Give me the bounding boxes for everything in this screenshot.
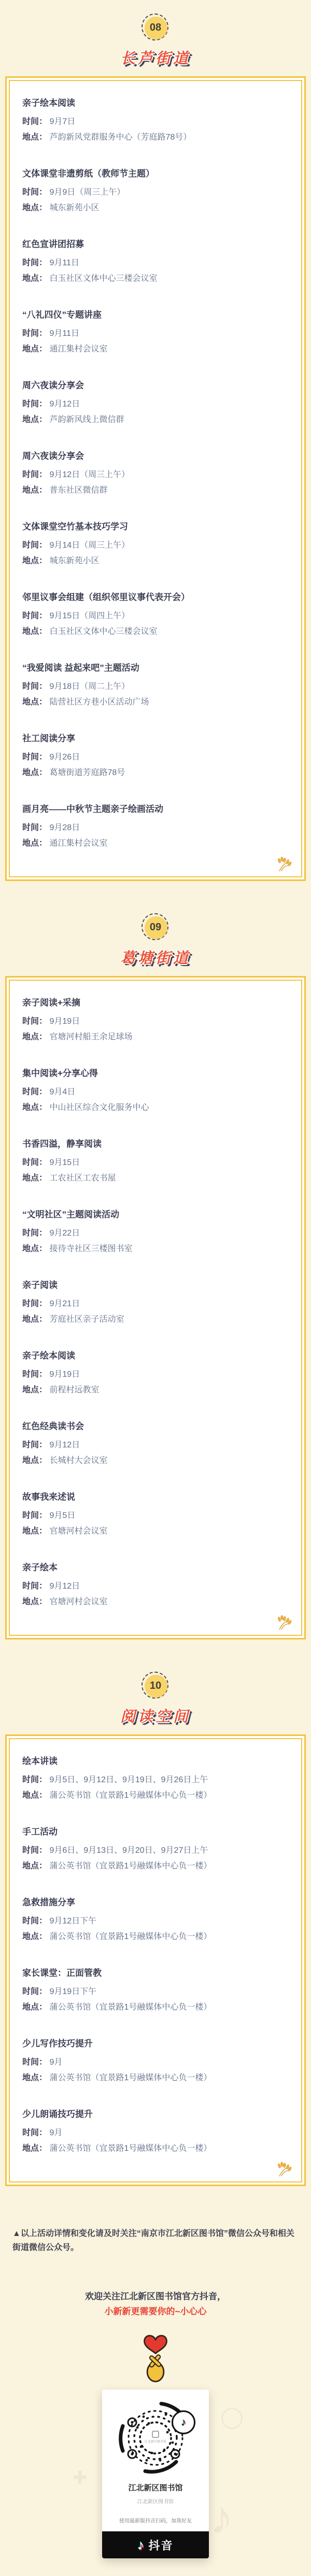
douyin-brand-bar: ♪♪♪ 抖音 <box>102 2531 209 2558</box>
place-label: 地点： <box>22 2073 47 2082</box>
event-time: 9月19日下午 <box>49 1987 96 1996</box>
event-place: 芳庭社区亲子活动室 <box>49 1315 124 1324</box>
event-place-row: 地点： 通江集村会议室 <box>22 836 289 851</box>
event-item: 邻里议事会组建（组织邻里议事代表开会） 时间： 9月15日（周四上午） 地点： … <box>22 591 289 640</box>
event-time: 9月14日（周三上午） <box>49 541 130 550</box>
place-label: 地点： <box>22 486 47 495</box>
event-item: 绘本讲读 时间： 9月5日、9月12日、9月19日、9月26日上午 地点： 蒲公… <box>22 1755 289 1804</box>
place-label: 地点： <box>22 1527 47 1536</box>
event-title: 手工活动 <box>22 1825 289 1839</box>
place-label: 地点： <box>22 557 47 565</box>
event-title: “我爱阅读 益起来吧”主题活动 <box>22 661 289 675</box>
event-place: 蒲公英书馆（宜景路1号融媒体中心负一楼） <box>49 2144 211 2153</box>
event-place-row: 地点： 官塘河村船王余足球场 <box>22 1029 289 1045</box>
event-item: 少儿朗诵技巧提升 时间： 9月 地点： 蒲公英书馆（宜景路1号融媒体中心负一楼） <box>22 2108 289 2157</box>
time-label: 时间： <box>22 470 47 479</box>
place-label: 地点： <box>22 2003 47 2012</box>
event-title: 文体课堂非遗剪纸（教师节主题） <box>22 167 289 181</box>
place-label: 地点： <box>22 1932 47 1941</box>
time-label: 时间： <box>22 541 47 550</box>
event-item: 故事我来述说 时间： 9月5日 地点： 官塘河村会议室 <box>22 1490 289 1539</box>
time-label: 时间： <box>22 682 47 691</box>
event-item: “八礼四仪”专题讲座 时间： 9月11日 地点： 通江集村会议室 <box>22 308 289 357</box>
event-title: 书香四溢，静享阅读 <box>22 1137 289 1151</box>
time-label: 时间： <box>22 1582 47 1591</box>
event-place: 蒲公英书馆（宜景路1号融媒体中心负一楼） <box>49 2003 211 2012</box>
event-item: 亲子阅读 时间： 9月21日 地点： 芳庭社区亲子活动室 <box>22 1279 289 1327</box>
event-place-row: 地点： 城东新苑小区 <box>22 200 289 216</box>
event-place: 蒲公英书馆（宜景路1号融媒体中心负一楼） <box>49 2073 211 2082</box>
event-item: 集中阅读+分享心得 时间： 9月4日 地点： 中山社区综合文化服务中心 <box>22 1067 289 1116</box>
event-title: 红色经典读书会 <box>22 1420 289 1433</box>
event-place-row: 地点： 蒲公英书馆（宜景路1号融媒体中心负一楼） <box>22 2070 289 2086</box>
place-label: 地点： <box>22 415 47 424</box>
place-label: 地点： <box>22 1862 47 1870</box>
event-title: 绘本讲读 <box>22 1755 289 1768</box>
qr-scan-hint: 使用最新版抖音扫码，加我好友 <box>107 2516 204 2524</box>
section-number-badge: 10 <box>144 1674 167 1698</box>
event-place: 蒲公英书馆（宜景路1号融媒体中心负一楼） <box>49 1791 211 1800</box>
event-place: 陆营社区方巷小区活动广场 <box>49 698 149 707</box>
time-label: 时间： <box>22 612 47 620</box>
event-title: 少儿写作技巧提升 <box>22 2037 289 2051</box>
event-title: 亲子阅读 <box>22 1279 289 1292</box>
event-time: 9月6日、9月13日、9月20日、9月27日上午 <box>49 1846 208 1855</box>
douyin-note-badge: ♪♪♪ <box>172 2410 195 2434</box>
event-time-row: 时间： 9月4日 <box>22 1084 289 1100</box>
event-time: 9月9日（周三上午） <box>49 188 125 197</box>
event-time-row: 时间： 9月7日 <box>22 114 289 130</box>
event-place-row: 地点： 蒲公英书馆（宜景路1号融媒体中心负一楼） <box>22 1929 289 1945</box>
wheat-icon <box>275 856 294 872</box>
event-place-row: 地点： 前程村远教室 <box>22 1382 289 1398</box>
disclaimer-text: ▲以上活动详情和变化请及时关注“南京市江北新区图书馆”微信公众号和相关街道微信公… <box>12 2227 299 2255</box>
place-label: 地点： <box>22 1315 47 1324</box>
event-place: 长城村大会议室 <box>49 1456 107 1465</box>
event-item: 家长课堂：正面管教 时间： 9月19日下午 地点： 蒲公英书馆（宜景路1号融媒体… <box>22 1967 289 2015</box>
event-title: 亲子绘本 <box>22 1561 289 1575</box>
event-time: 9月15日（周四上午） <box>49 612 130 620</box>
douyin-account-name: 江北新区图书馆 <box>107 2482 204 2493</box>
event-title: “文明社区”主题阅读活动 <box>22 1208 289 1222</box>
place-label: 地点： <box>22 1597 47 1606</box>
event-place-row: 地点： 陆营社区方巷小区活动广场 <box>22 695 289 710</box>
event-place-row: 地点： 长城村大会议室 <box>22 1453 289 1469</box>
douyin-note-icon: ♪♪♪ <box>181 2417 186 2428</box>
event-item: 亲子绘本 时间： 9月12日 地点： 官塘河村会议室 <box>22 1561 289 1610</box>
event-place-row: 地点： 工农社区工农书屋 <box>22 1171 289 1186</box>
event-time: 9月12日 <box>49 400 80 409</box>
event-time: 9月 <box>49 2058 62 2067</box>
place-label: 地点： <box>22 274 47 283</box>
street-section: 08 长芦街道 亲子绘本阅读 时间： 9月7日 地点： 芦韵新风党群服务中心（芳… <box>0 12 311 908</box>
event-place-row: 地点： 葛塘街道芳庭路78号 <box>22 765 289 781</box>
event-time-row: 时间： 9月12日 <box>22 1579 289 1594</box>
event-time-row: 时间： 9月12日 <box>22 397 289 412</box>
event-time-row: 时间： 9月18日（周二上午） <box>22 679 289 695</box>
event-item: 红色经典读书会 时间： 9月12日 地点： 长城村大会议室 <box>22 1420 289 1469</box>
event-place: 接待寺社区三楼图书室 <box>49 1244 132 1253</box>
place-label: 地点： <box>22 204 47 212</box>
douyin-qr-zone: ♪ ◯ ✚ <box>0 2390 311 2576</box>
event-title: 亲子绘本阅读 <box>22 1349 289 1363</box>
event-time: 9月5日、9月12日、9月19日、9月26日上午 <box>49 1775 208 1784</box>
event-item: “文明社区”主题阅读活动 时间： 9月22日 地点： 接待寺社区三楼图书室 <box>22 1208 289 1257</box>
douyin-invite-block: 欢迎关注江北新区图书馆官方抖音， 小新新更需要你的~小心心 <box>0 2289 311 2384</box>
time-label: 时间： <box>22 259 47 267</box>
wheat-icon <box>275 2161 294 2177</box>
events-card: 亲子阅读+采摘 时间： 9月19日 地点： 官塘河村船王余足球场 集中阅读+分享… <box>5 976 306 1639</box>
event-time-row: 时间： 9月 <box>22 2055 289 2070</box>
place-label: 地点： <box>22 698 47 707</box>
event-place-row: 地点： 官塘河村会议室 <box>22 1524 289 1539</box>
watermark-circle-icon: ◯ <box>220 2405 244 2429</box>
event-item: 亲子绘本阅读 时间： 9月19日 地点： 前程村远教室 <box>22 1349 289 1398</box>
time-label: 时间： <box>22 1088 47 1096</box>
time-label: 时间： <box>22 753 47 762</box>
event-item: 文体课堂非遗剪纸（教师节主题） 时间： 9月9日（周三上午） 地点： 城东新苑小… <box>22 167 289 216</box>
event-title: 邻里议事会组建（组织邻里议事代表开会） <box>22 591 289 604</box>
douyin-account-id: 江北新区图书馆 <box>107 2497 204 2505</box>
section-header: 10 阅读空间 <box>0 1671 311 1734</box>
time-label: 时间： <box>22 1917 47 1926</box>
event-place-row: 地点： 城东新苑小区 <box>22 553 289 569</box>
time-label: 时间： <box>22 1775 47 1784</box>
qr-card-top: 江北新区图书馆 ♪♪♪ 江北新区图书馆 江北新区图书馆 使用最新版抖音扫码，加我… <box>102 2390 209 2531</box>
douyin-brand-label: 抖音 <box>148 2537 173 2553</box>
event-time-row: 时间： 9月5日、9月12日、9月19日、9月26日上午 <box>22 1772 289 1788</box>
event-place-row: 地点： 芳庭社区亲子活动室 <box>22 1312 289 1327</box>
event-title: 故事我来述说 <box>22 1490 289 1504</box>
event-time-row: 时间： 9月19日 <box>22 1014 289 1029</box>
event-time: 9月12日 <box>49 1582 80 1591</box>
time-label: 时间： <box>22 1299 47 1308</box>
event-time-row: 时间： 9月15日 <box>22 1155 289 1171</box>
event-time: 9月11日 <box>49 259 79 267</box>
event-place: 葛塘街道芳庭路78号 <box>49 768 125 777</box>
event-time-row: 时间： 9月21日 <box>22 1296 289 1312</box>
place-label: 地点： <box>22 1791 47 1800</box>
event-title: 亲子阅读+采摘 <box>22 996 289 1010</box>
event-time-row: 时间： 9月22日 <box>22 1226 289 1241</box>
event-place: 官塘河村会议室 <box>49 1527 107 1536</box>
event-title: 画月亮——中秋节主题亲子绘画活动 <box>22 803 289 816</box>
event-place: 蒲公英书馆（宜景路1号融媒体中心负一楼） <box>49 1862 211 1870</box>
event-place: 蒲公英书馆（宜景路1号融媒体中心负一楼） <box>49 1932 211 1941</box>
event-time: 9月7日 <box>49 117 75 126</box>
street-section: 09 葛塘街道 亲子阅读+采摘 时间： 9月19日 地点： 官塘河村船王余足球场… <box>0 912 311 1666</box>
event-time: 9月21日 <box>49 1299 80 1308</box>
event-place: 白玉社区文体中心三楼会议室 <box>49 274 157 283</box>
event-title: 亲子绘本阅读 <box>22 97 289 110</box>
event-time-row: 时间： 9月11日 <box>22 255 289 271</box>
event-time: 9月 <box>49 2128 62 2137</box>
time-label: 时间： <box>22 1158 47 1167</box>
event-time-row: 时间： 9月6日、9月13日、9月20日、9月27日上午 <box>22 1843 289 1859</box>
douyin-invite-text: 欢迎关注江北新区图书馆官方抖音， <box>0 2289 311 2304</box>
event-time: 9月15日 <box>49 1158 80 1167</box>
event-time-row: 时间： 9月12日下午 <box>22 1914 289 1929</box>
place-label: 地点： <box>22 2144 47 2153</box>
event-item: 周六夜读分享会 时间： 9月12日 地点： 芦韵新风线上微信群 <box>22 379 289 428</box>
event-title: 急救措施分享 <box>22 1896 289 1909</box>
event-place-row: 地点： 芦韵新风党群服务中心（芳庭路78号） <box>22 130 289 145</box>
event-place-row: 地点： 中山社区综合文化服务中心 <box>22 1100 289 1116</box>
event-item: 急救措施分享 时间： 9月12日下午 地点： 蒲公英书馆（宜景路1号融媒体中心负… <box>22 1896 289 1945</box>
time-label: 时间： <box>22 2058 47 2067</box>
event-place: 通江集村会议室 <box>49 839 107 848</box>
time-label: 时间： <box>22 188 47 197</box>
place-label: 地点： <box>22 1456 47 1465</box>
event-place-row: 地点： 蒲公英书馆（宜景路1号融媒体中心负一楼） <box>22 2141 289 2157</box>
place-label: 地点： <box>22 1386 47 1394</box>
sections: 08 长芦街道 亲子绘本阅读 时间： 9月7日 地点： 芦韵新风党群服务中心（芳… <box>0 12 311 2213</box>
event-time-row: 时间： 9月28日 <box>22 820 289 836</box>
event-list: 绘本讲读 时间： 9月5日、9月12日、9月19日、9月26日上午 地点： 蒲公… <box>22 1755 289 2157</box>
event-time: 9月5日 <box>49 1511 75 1520</box>
section-number: 09 <box>144 915 167 939</box>
event-place-row: 地点： 白玉社区文体中心三楼会议室 <box>22 271 289 287</box>
event-item: 少儿写作技巧提升 时间： 9月 地点： 蒲公英书馆（宜景路1号融媒体中心负一楼） <box>22 2037 289 2086</box>
time-label: 时间： <box>22 1511 47 1520</box>
event-item: 手工活动 时间： 9月6日、9月13日、9月20日、9月27日上午 地点： 蒲公… <box>22 1825 289 1874</box>
section-header: 08 长芦街道 <box>0 12 311 76</box>
watermark-note-icon: ♪ <box>210 2491 233 2545</box>
event-place-row: 地点： 白玉社区文体中心三楼会议室 <box>22 624 289 640</box>
place-label: 地点： <box>22 133 47 142</box>
place-label: 地点： <box>22 839 47 848</box>
watermark-plus-icon: ✚ <box>73 2467 88 2488</box>
section-number-badge: 09 <box>144 915 167 939</box>
event-place: 前程村远教室 <box>49 1386 99 1394</box>
event-list: 亲子阅读+采摘 时间： 9月19日 地点： 官塘河村船王余足球场 集中阅读+分享… <box>22 996 289 1610</box>
time-label: 时间： <box>22 1017 47 1026</box>
event-item: 红色宣讲团招募 时间： 9月11日 地点： 白玉社区文体中心三楼会议室 <box>22 238 289 287</box>
event-place: 城东新苑小区 <box>49 204 99 212</box>
event-time-row: 时间： 9月5日 <box>22 1508 289 1524</box>
time-label: 时间： <box>22 1987 47 1996</box>
event-item: “我爱阅读 益起来吧”主题活动 时间： 9月18日（周二上午） 地点： 陆营社区… <box>22 661 289 710</box>
event-list: 亲子绘本阅读 时间： 9月7日 地点： 芦韵新风党群服务中心（芳庭路78号） 文… <box>22 97 289 851</box>
place-label: 地点： <box>22 345 47 354</box>
event-place: 普东社区微信群 <box>49 486 107 495</box>
section-header: 09 葛塘街道 <box>0 912 311 976</box>
event-time-row: 时间： 9月 <box>22 2125 289 2141</box>
douyin-logo-icon: ♪♪♪ <box>137 2538 144 2552</box>
event-item: 书香四溢，静享阅读 时间： 9月15日 地点： 工农社区工农书屋 <box>22 1137 289 1186</box>
event-time: 9月19日 <box>49 1017 80 1026</box>
event-time: 9月22日 <box>49 1229 80 1238</box>
event-time: 9月18日（周二上午） <box>49 682 130 691</box>
event-title: 周六夜读分享会 <box>22 379 289 392</box>
event-place: 官塘河村会议室 <box>49 1597 107 1606</box>
street-section: 10 阅读空间 绘本讲读 时间： 9月5日、9月12日、9月19日、9月26日上… <box>0 1671 311 2213</box>
place-label: 地点： <box>22 1244 47 1253</box>
event-time-row: 时间： 9月12日（周三上午） <box>22 467 289 483</box>
time-label: 时间： <box>22 329 47 338</box>
section-number: 10 <box>144 1674 167 1698</box>
event-place-row: 地点： 普东社区微信群 <box>22 483 289 498</box>
event-time-row: 时间： 9月15日（周四上午） <box>22 608 289 624</box>
wheat-icon <box>275 1614 294 1631</box>
place-label: 地点： <box>22 627 47 636</box>
section-title: 葛塘街道 <box>120 946 191 968</box>
time-label: 时间： <box>22 1846 47 1855</box>
event-title: 集中阅读+分享心得 <box>22 1067 289 1080</box>
event-time: 9月11日 <box>49 329 79 338</box>
section-title: 阅读空间 <box>120 1705 191 1726</box>
place-label: 地点： <box>22 1033 47 1041</box>
event-item: 亲子绘本阅读 时间： 9月7日 地点： 芦韵新风党群服务中心（芳庭路78号） <box>22 97 289 145</box>
event-time: 9月4日 <box>49 1088 75 1096</box>
event-title: 周六夜读分享会 <box>22 450 289 463</box>
event-time: 9月28日 <box>49 823 80 832</box>
time-label: 时间： <box>22 823 47 832</box>
section-number-badge: 08 <box>144 16 167 39</box>
place-label: 地点： <box>22 1103 47 1112</box>
event-time: 9月12日（周三上午） <box>49 470 130 479</box>
time-label: 时间： <box>22 117 47 126</box>
event-title: 家长课堂：正面管教 <box>22 1967 289 1980</box>
time-label: 时间： <box>22 400 47 409</box>
event-place: 工农社区工农书屋 <box>49 1174 116 1183</box>
event-time-row: 时间： 9月12日 <box>22 1438 289 1453</box>
event-place-row: 地点： 蒲公英书馆（宜景路1号融媒体中心负一楼） <box>22 1859 289 1874</box>
event-time: 9月12日下午 <box>49 1917 96 1926</box>
event-time-row: 时间： 9月14日（周三上午） <box>22 538 289 553</box>
douyin-invite-highlight: 小新新更需要你的~小心心 <box>0 2304 311 2319</box>
event-item: 画月亮——中秋节主题亲子绘画活动 时间： 9月28日 地点： 通江集村会议室 <box>22 803 289 851</box>
event-place: 官塘河村船王余足球场 <box>49 1033 132 1041</box>
event-place-row: 地点： 接待寺社区三楼图书室 <box>22 1241 289 1257</box>
event-time-row: 时间： 9月19日 <box>22 1367 289 1382</box>
section-title: 长芦街道 <box>120 47 191 68</box>
time-label: 时间： <box>22 1229 47 1238</box>
events-card: 绘本讲读 时间： 9月5日、9月12日、9月19日、9月26日上午 地点： 蒲公… <box>5 1734 306 2186</box>
section-number: 08 <box>144 16 167 39</box>
event-place: 白玉社区文体中心三楼会议室 <box>49 627 157 636</box>
time-label: 时间： <box>22 1370 47 1379</box>
time-label: 时间： <box>22 1441 47 1449</box>
event-place: 中山社区综合文化服务中心 <box>49 1103 149 1112</box>
event-item: 周六夜读分享会 时间： 9月12日（周三上午） 地点： 普东社区微信群 <box>22 450 289 498</box>
event-time: 9月12日 <box>49 1441 80 1449</box>
event-place: 城东新苑小区 <box>49 557 99 565</box>
event-time-row: 时间： 9月19日下午 <box>22 1984 289 2000</box>
events-card: 亲子绘本阅读 时间： 9月7日 地点： 芦韵新风党群服务中心（芳庭路78号） 文… <box>5 76 306 881</box>
event-place-row: 地点： 官塘河村会议室 <box>22 1594 289 1610</box>
event-place: 芦韵新风党群服务中心（芳庭路78号） <box>49 133 191 142</box>
event-time-row: 时间： 9月9日（周三上午） <box>22 185 289 200</box>
place-label: 地点： <box>22 1174 47 1183</box>
svg-text:江北新区图书馆: 江北新区图书馆 <box>145 2439 166 2444</box>
event-title: 文体课堂空竹基本技巧学习 <box>22 520 289 534</box>
event-item: 文体课堂空竹基本技巧学习 时间： 9月14日（周三上午） 地点： 城东新苑小区 <box>22 520 289 569</box>
douyin-qr-card[interactable]: 江北新区图书馆 ♪♪♪ 江北新区图书馆 江北新区图书馆 使用最新版抖音扫码，加我… <box>102 2390 209 2558</box>
event-title: 红色宣讲团招募 <box>22 238 289 251</box>
event-item: 亲子阅读+采摘 时间： 9月19日 地点： 官塘河村船王余足球场 <box>22 996 289 1045</box>
event-item: 社工阅读分享 时间： 9月26日 地点： 葛塘街道芳庭路78号 <box>22 732 289 781</box>
finger-heart-icon <box>138 2326 173 2384</box>
event-place-row: 地点： 蒲公英书馆（宜景路1号融媒体中心负一楼） <box>22 2000 289 2015</box>
event-time: 9月26日 <box>49 753 80 762</box>
place-label: 地点： <box>22 768 47 777</box>
event-place-row: 地点： 蒲公英书馆（宜景路1号融媒体中心负一楼） <box>22 1788 289 1804</box>
event-place-row: 地点： 通江集村会议室 <box>22 342 289 357</box>
event-time-row: 时间： 9月26日 <box>22 750 289 765</box>
event-place: 芦韵新风线上微信群 <box>49 415 124 424</box>
event-title: “八礼四仪”专题讲座 <box>22 308 289 322</box>
event-time-row: 时间： 9月11日 <box>22 326 289 342</box>
event-place-row: 地点： 芦韵新风线上微信群 <box>22 412 289 428</box>
event-time: 9月19日 <box>49 1370 80 1379</box>
time-label: 时间： <box>22 2128 47 2137</box>
event-title: 少儿朗诵技巧提升 <box>22 2108 289 2121</box>
event-place: 通江集村会议室 <box>49 345 107 354</box>
event-title: 社工阅读分享 <box>22 732 289 745</box>
article-page: 08 长芦街道 亲子绘本阅读 时间： 9月7日 地点： 芦韵新风党群服务中心（芳… <box>0 0 311 2576</box>
